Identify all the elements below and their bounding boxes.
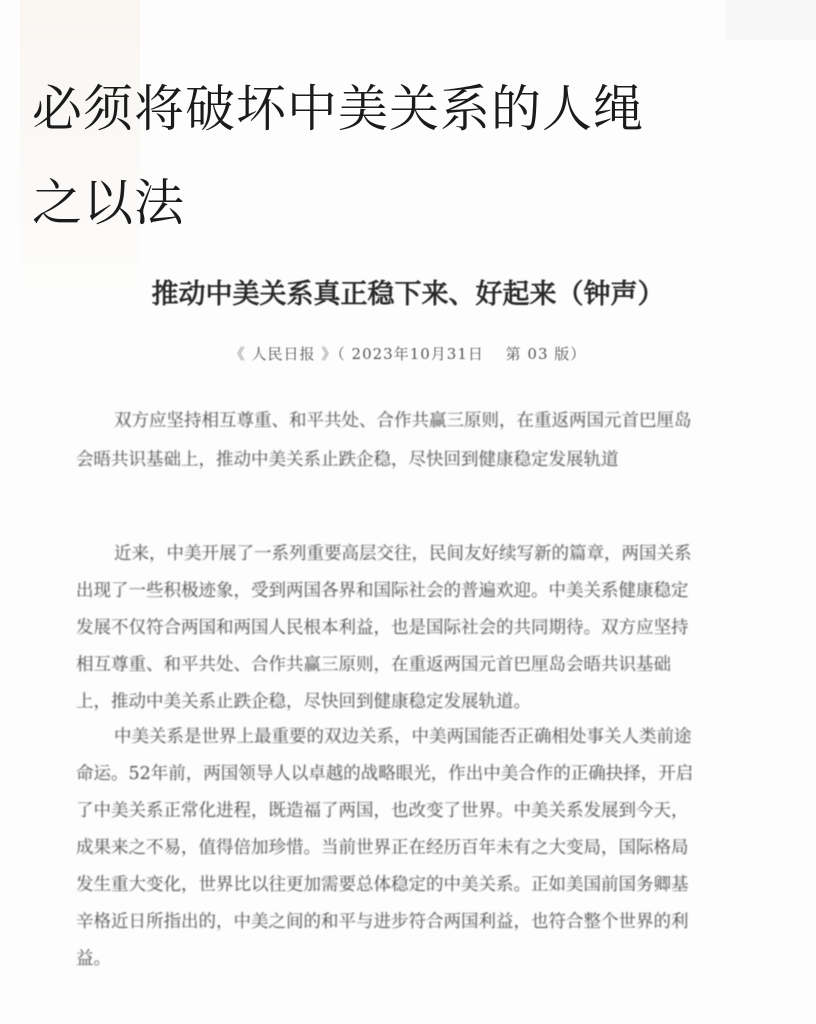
paragraph-line: 了中美关系正常化进程，既造福了两国，也改变了世界。中美关系发展到今天， — [38, 793, 778, 830]
paragraph-line: 出现了一些积极迹象，受到两国各界和国际社会的普遍欢迎。中美关系健康稳定 — [38, 573, 778, 610]
lead-line: 会晤共识基础上，推动中美关系止跌企稳，尽快回到健康稳定发展轨道 — [38, 441, 778, 480]
paragraph-line: 发展不仅符合两国和两国人民根本利益，也是国际社会的共同期待。双方应坚持 — [38, 610, 778, 647]
lead-line: 双方应坚持相互尊重、和平共处、合作共赢三原则，在重返两国元首巴厘岛 — [38, 402, 778, 441]
paragraph-line: 成果来之不易，值得倍加珍惜。当前世界正在经历百年未有之大变局，国际格局 — [38, 830, 778, 867]
paragraph-line: 相互尊重、和平共处、合作共赢三原则，在重返两国元首巴厘岛会晤共识基础 — [38, 647, 778, 684]
paragraph-line: 发生重大变化，世界比以往更加需要总体稳定的中美关系。正如美国前国务卿基 — [38, 867, 778, 904]
paragraph-line: 辛格近日所指出的，中美之间的和平与进步符合两国利益，也符合整个世界的利 — [38, 904, 778, 941]
article-screenshot: 推动中美关系真正稳下来、好起来（钟声） 《 人民日报 》（ 2023年10月31… — [0, 0, 816, 1024]
paragraph-line: 中美关系是世界上最重要的双边关系，中美两国能否正确相处事关人类前途 — [38, 719, 778, 756]
article-source: 《 人民日报 》（ 2023年10月31日 第 03 版） — [0, 343, 816, 364]
paragraph-line: 近来，中美开展了一系列重要高层交往，民间友好续写新的篇章，两国关系 — [38, 536, 778, 573]
article-paragraph-2: 中美关系是世界上最重要的双边关系，中美两国能否正确相处事关人类前途 命运。52年… — [38, 719, 778, 978]
paragraph-line: 益。 — [38, 941, 778, 978]
paragraph-line: 上，推动中美关系止跌企稳，尽快回到健康稳定发展轨道。 — [38, 684, 778, 721]
article-headline: 推动中美关系真正稳下来、好起来（钟声） — [0, 272, 816, 311]
paragraph-line: 命运。52年前，两国领导人以卓越的战略眼光，作出中美合作的正确抉择，开启 — [38, 756, 778, 793]
article-lead: 双方应坚持相互尊重、和平共处、合作共赢三原则，在重返两国元首巴厘岛 会晤共识基础… — [38, 402, 778, 480]
article-paragraph-1: 近来，中美开展了一系列重要高层交往，民间友好续写新的篇章，两国关系 出现了一些积… — [38, 536, 778, 721]
